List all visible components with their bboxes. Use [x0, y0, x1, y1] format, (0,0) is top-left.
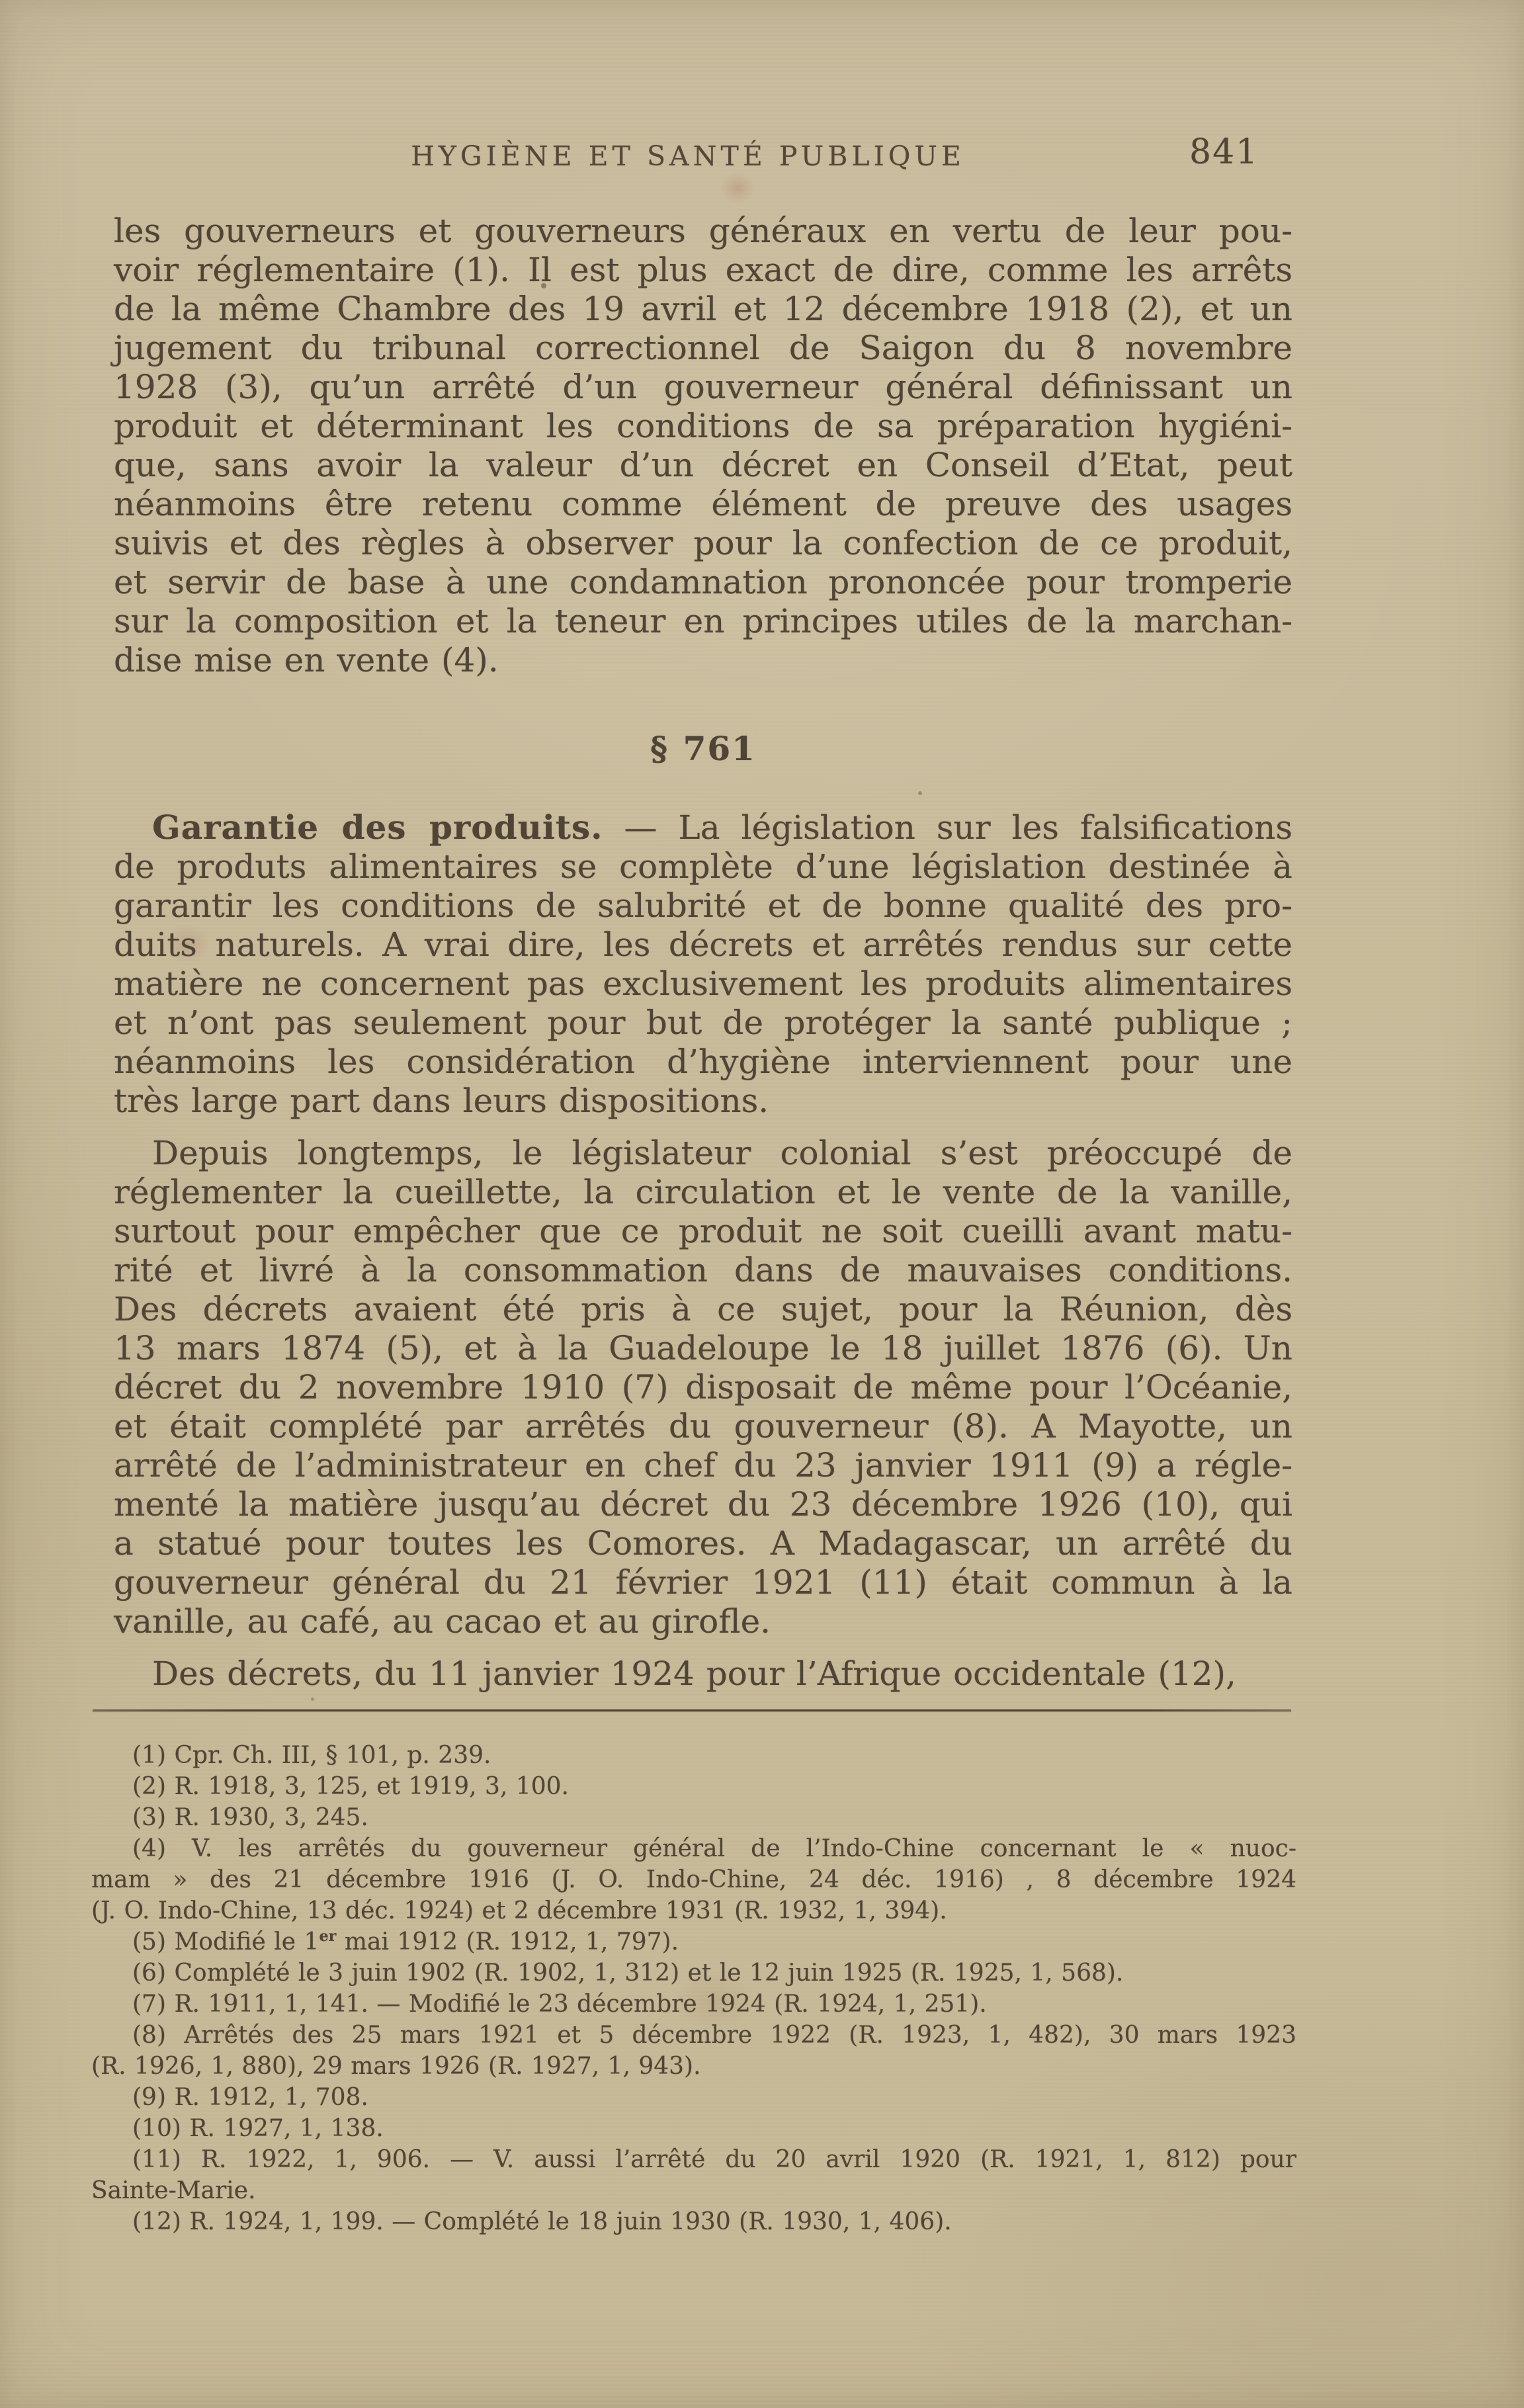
text-line: Depuis longtemps, le législateur colonia…: [114, 1134, 1292, 1173]
footnote-line: (10) R. 1927, 1, 138.: [91, 2113, 1296, 2144]
footnote-line: (12) R. 1924, 1, 199. — Complété le 18 j…: [91, 2206, 1296, 2237]
footnote: (11) R. 1922, 1, 906. — V. aussi l’arrêt…: [91, 2144, 1296, 2206]
text-line: que, sans avoir la valeur d’un décret en…: [114, 446, 1292, 485]
text-line: menté la matière jusqu’au décret du 23 d…: [114, 1485, 1292, 1524]
text-line: décret du 2 novembre 1910 (7) disposait …: [114, 1368, 1292, 1407]
paper-stain: [713, 167, 762, 209]
footnote-line: (7) R. 1911, 1, 141. — Modifié le 23 déc…: [91, 1989, 1296, 2020]
text-line: 1928 (3), qu’un arrêté d’un gouverneur g…: [114, 368, 1292, 407]
text-line: et était complété par arrêtés du gouvern…: [114, 1407, 1292, 1446]
book-page: HYGIÈNE ET SANTÉ PUBLIQUE 841 les gouver…: [0, 0, 1524, 2408]
text-line: et servir de base à une condamnation pro…: [114, 563, 1292, 602]
text-line: surtout pour empêcher que ce produit ne …: [114, 1212, 1292, 1251]
text-line: voir réglementaire (1). Il est plus exac…: [114, 251, 1292, 290]
footnote-line: (5) Modifié le 1er mai 1912 (R. 1912, 1,…: [91, 1926, 1296, 1957]
body-text: les gouverneurs et gouverneurs généraux …: [114, 212, 1292, 1694]
text-line: vanille, au café, au cacao et au girofle…: [114, 1602, 1292, 1641]
text-line: 13 mars 1874 (5), et à la Guadeloupe le …: [114, 1329, 1292, 1368]
text-line: de produts alimentaires se complète d’un…: [114, 847, 1292, 886]
footnote: (4) V. les arrêtés du gouverneur général…: [91, 1833, 1296, 1926]
footnote-line: (4) V. les arrêtés du gouverneur général…: [91, 1833, 1296, 1864]
text-line: rité et livré à la consommation dans de …: [114, 1251, 1292, 1290]
paragraph: Garantie des produits. — La législation …: [114, 808, 1292, 1121]
footnote: (12) R. 1924, 1, 199. — Complété le 18 j…: [91, 2206, 1296, 2237]
footnote: (10) R. 1927, 1, 138.: [91, 2113, 1296, 2144]
running-header-title: HYGIÈNE ET SANTÉ PUBLIQUE: [114, 140, 1292, 172]
paragraph: Des décrets, du 11 janvier 1924 pour l’A…: [114, 1655, 1292, 1694]
text-line: Des décrets avaient été pris à ce sujet,…: [114, 1290, 1292, 1329]
footnote: (8) Arrêtés des 25 mars 1921 et 5 décemb…: [91, 2020, 1296, 2082]
text-line: matière ne concernent pas exclusivement …: [114, 965, 1292, 1004]
footnote: (3) R. 1930, 3, 245.: [91, 1802, 1296, 1833]
text-line: arrêté de l’administrateur en chef du 23…: [114, 1446, 1292, 1485]
footnote-line: (J. O. Indo-Chine, 13 déc. 1924) et 2 dé…: [91, 1895, 1296, 1926]
footnote: (5) Modifié le 1er mai 1912 (R. 1912, 1,…: [91, 1926, 1296, 1957]
footnote-line: (11) R. 1922, 1, 906. — V. aussi l’arrêt…: [91, 2144, 1296, 2175]
footnote-line: (9) R. 1912, 1, 708.: [91, 2082, 1296, 2113]
footnote-line: mam » des 21 décembre 1916 (J. O. Indo-C…: [91, 1864, 1296, 1895]
paragraph: les gouverneurs et gouverneurs généraux …: [114, 212, 1292, 680]
text-line: néanmoins être retenu comme élément de p…: [114, 485, 1292, 524]
text-line: Des décrets, du 11 janvier 1924 pour l’A…: [114, 1655, 1292, 1694]
page-number: 841: [1189, 134, 1259, 171]
text-line: suivis et des règles à observer pour la …: [114, 524, 1292, 563]
text-line: gouverneur général du 21 février 1921 (1…: [114, 1563, 1292, 1602]
text-line: sur la composition et la teneur en princ…: [114, 602, 1292, 641]
footnote: (1) Cpr. Ch. III, § 101, p. 239.: [91, 1740, 1296, 1771]
footnote: (7) R. 1911, 1, 141. — Modifié le 23 déc…: [91, 1989, 1296, 2020]
footnote-line: (1) Cpr. Ch. III, § 101, p. 239.: [91, 1740, 1296, 1771]
text-line: et n’ont pas seulement pour but de proté…: [114, 1004, 1292, 1043]
text-line: les gouverneurs et gouverneurs généraux …: [114, 212, 1292, 251]
text-line: a statué pour toutes les Comores. A Mada…: [114, 1524, 1292, 1563]
footnotes: (1) Cpr. Ch. III, § 101, p. 239.(2) R. 1…: [91, 1740, 1296, 2237]
footnote-separator: [93, 1709, 1291, 1711]
footnote-line: (8) Arrêtés des 25 mars 1921 et 5 décemb…: [91, 2020, 1296, 2051]
text-line: néanmoins les considération d’hygiène in…: [114, 1043, 1292, 1082]
text-line: dise mise en vente (4).: [114, 641, 1292, 680]
text-line: produit et déterminant les conditions de…: [114, 407, 1292, 446]
footnote-line: (R. 1926, 1, 880), 29 mars 1926 (R. 1927…: [91, 2051, 1296, 2082]
text-line: réglementer la cueillette, la circulatio…: [114, 1173, 1292, 1212]
paragraph: Depuis longtemps, le législateur colonia…: [114, 1134, 1292, 1641]
text-line: garantir les conditions de salubrité et …: [114, 886, 1292, 925]
text-line: duits naturels. A vrai dire, les décrets…: [114, 925, 1292, 965]
footnote: (2) R. 1918, 3, 125, et 1919, 3, 100.: [91, 1771, 1296, 1802]
footnote: (6) Complété le 3 juin 1902 (R. 1902, 1,…: [91, 1957, 1296, 1989]
footnote-line: (3) R. 1930, 3, 245.: [91, 1802, 1296, 1833]
section-heading: § 761: [114, 729, 1292, 768]
text-line: Garantie des produits. — La législation …: [114, 808, 1292, 847]
text-line: de la même Chambre des 19 avril et 12 dé…: [114, 290, 1292, 329]
text-line: très large part dans leurs dispositions.: [114, 1082, 1292, 1121]
ink-speck: [311, 1698, 314, 1701]
footnote-line: (2) R. 1918, 3, 125, et 1919, 3, 100.: [91, 1771, 1296, 1802]
footnote-line: Sainte-Marie.: [91, 2175, 1296, 2206]
text-line: jugement du tribunal correctionnel de Sa…: [114, 329, 1292, 368]
footnote: (9) R. 1912, 1, 708.: [91, 2082, 1296, 2113]
footnote-line: (6) Complété le 3 juin 1902 (R. 1902, 1,…: [91, 1957, 1296, 1989]
